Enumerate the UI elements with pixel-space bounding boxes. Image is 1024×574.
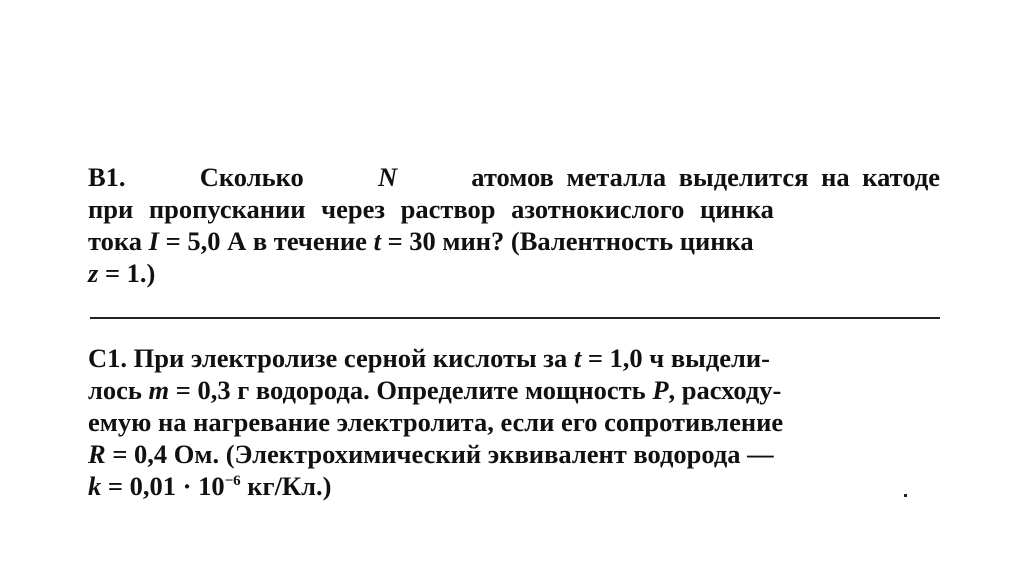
problem-c1-line-4: R = 0,4 Ом. (Электрохимический эквивален…: [88, 439, 774, 469]
variable-r: R: [88, 439, 106, 469]
scan-speck: [904, 494, 907, 497]
variable-m: m: [149, 375, 170, 405]
problem-b1-line-1: B1. Сколько N атомов металла выделится н…: [88, 162, 940, 192]
problem-c1-line-5: k = 0,01 · 10−6 кг/Кл.): [88, 471, 331, 501]
variable-z: z: [88, 258, 98, 288]
divider-line: [90, 317, 940, 319]
problem-c1-line-2: лось m = 0,3 г водорода. Определите мощн…: [88, 375, 781, 405]
problem-c1-line-3: емую на нагревание электролита, если его…: [88, 407, 783, 437]
problem-label: B1.: [88, 162, 126, 192]
problem-b1-line-3: тока I = 5,0 А в течение t = 30 мин? (Ва…: [88, 226, 754, 256]
variable-p: P: [652, 375, 668, 405]
variable-n: N: [378, 162, 397, 192]
problem-c1-line-1: C1. При электролизе серной кислоты за t …: [88, 343, 770, 373]
variable-k: k: [88, 471, 101, 501]
problem-label: C1.: [88, 343, 127, 373]
variable-i: I: [149, 226, 159, 256]
variable-t: t: [574, 343, 581, 373]
variable-t: t: [374, 226, 381, 256]
problem-b1-line-4: z = 1.): [88, 258, 155, 288]
problem-b1-line-2: при пропускании через раствор азотнокисл…: [88, 194, 940, 224]
exponent: −6: [225, 473, 241, 489]
